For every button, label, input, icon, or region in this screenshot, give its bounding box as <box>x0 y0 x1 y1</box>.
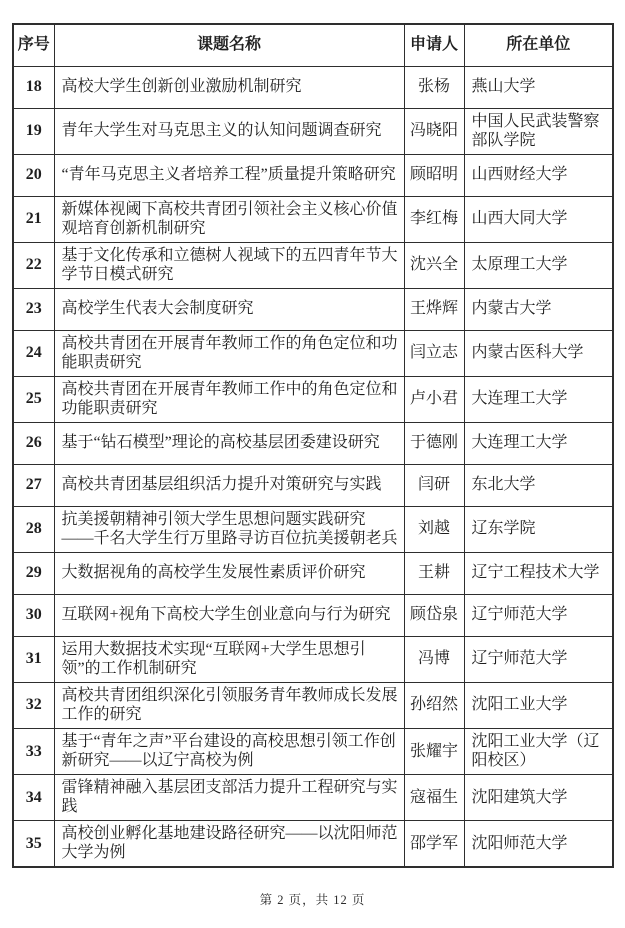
header-applicant: 申请人 <box>404 24 464 66</box>
table-row: 18 高校大学生创新创业激励机制研究 张杨 燕山大学 <box>13 66 613 108</box>
cell-unit: 沈阳师范大学 <box>464 820 613 867</box>
cell-title: 高校共青团组织深化引领服务青年教师成长发展工作的研究 <box>54 682 404 728</box>
cell-title: 抗美援朝精神引领大学生思想问题实践研究 ——千名大学生行万里路寻访百位抗美援朝老… <box>54 506 404 552</box>
cell-unit: 山西财经大学 <box>464 154 613 196</box>
cell-applicant: 刘越 <box>404 506 464 552</box>
table-row: 25 高校共青团在开展青年教师工作中的角色定位和功能职责研究 卢小君 大连理工大… <box>13 376 613 422</box>
cell-no: 29 <box>13 552 54 594</box>
cell-no: 31 <box>13 636 54 682</box>
cell-title: 互联网+视角下高校大学生创业意向与行为研究 <box>54 594 404 636</box>
cell-applicant: 于德刚 <box>404 422 464 464</box>
cell-title: 青年大学生对马克思主义的认知问题调查研究 <box>54 108 404 154</box>
table-row: 20 “青年马克思主义者培养工程”质量提升策略研究 顾昭明 山西财经大学 <box>13 154 613 196</box>
table-row: 19 青年大学生对马克思主义的认知问题调查研究 冯晓阳 中国人民武装警察部队学院 <box>13 108 613 154</box>
cell-unit: 大连理工大学 <box>464 422 613 464</box>
table-row: 27 高校共青团基层组织活力提升对策研究与实践 闫研 东北大学 <box>13 464 613 506</box>
cell-no: 34 <box>13 774 54 820</box>
cell-applicant: 卢小君 <box>404 376 464 422</box>
cell-applicant: 王耕 <box>404 552 464 594</box>
table-row: 21 新媒体视阈下高校共青团引领社会主义核心价值观培育创新机制研究 李红梅 山西… <box>13 196 613 242</box>
cell-unit: 沈阳工业大学（辽阳校区） <box>464 728 613 774</box>
table-row: 30 互联网+视角下高校大学生创业意向与行为研究 顾岱泉 辽宁师范大学 <box>13 594 613 636</box>
cell-applicant: 邵学军 <box>404 820 464 867</box>
cell-unit: 内蒙古医科大学 <box>464 330 613 376</box>
cell-applicant: 顾岱泉 <box>404 594 464 636</box>
table-row: 34 雷锋精神融入基层团支部活力提升工程研究与实践 寇福生 沈阳建筑大学 <box>13 774 613 820</box>
cell-no: 27 <box>13 464 54 506</box>
cell-applicant: 沈兴全 <box>404 242 464 288</box>
table-header: 序号 课题名称 申请人 所在单位 <box>13 24 613 66</box>
table-row: 26 基于“钻石模型”理论的高校基层团委建设研究 于德刚 大连理工大学 <box>13 422 613 464</box>
cell-unit: 辽东学院 <box>464 506 613 552</box>
header-no: 序号 <box>13 24 54 66</box>
header-unit: 所在单位 <box>464 24 613 66</box>
table-row: 33 基于“青年之声”平台建设的高校思想引领工作创新研究——以辽宁高校为例 张耀… <box>13 728 613 774</box>
cell-no: 20 <box>13 154 54 196</box>
cell-no: 35 <box>13 820 54 867</box>
cell-unit: 沈阳建筑大学 <box>464 774 613 820</box>
cell-no: 32 <box>13 682 54 728</box>
cell-applicant: 冯晓阳 <box>404 108 464 154</box>
cell-no: 21 <box>13 196 54 242</box>
cell-applicant: 寇福生 <box>404 774 464 820</box>
cell-no: 24 <box>13 330 54 376</box>
cell-title: 高校共青团基层组织活力提升对策研究与实践 <box>54 464 404 506</box>
cell-applicant: 张杨 <box>404 66 464 108</box>
cell-unit: 内蒙古大学 <box>464 288 613 330</box>
cell-unit: 大连理工大学 <box>464 376 613 422</box>
cell-no: 33 <box>13 728 54 774</box>
cell-title: 高校学生代表大会制度研究 <box>54 288 404 330</box>
cell-title: 高校创业孵化基地建设路径研究——以沈阳师范大学为例 <box>54 820 404 867</box>
table-row: 35 高校创业孵化基地建设路径研究——以沈阳师范大学为例 邵学军 沈阳师范大学 <box>13 820 613 867</box>
cell-title: 高校共青团在开展青年教师工作的角色定位和功能职责研究 <box>54 330 404 376</box>
table-row: 24 高校共青团在开展青年教师工作的角色定位和功能职责研究 闫立志 内蒙古医科大… <box>13 330 613 376</box>
cell-title: 高校共青团在开展青年教师工作中的角色定位和功能职责研究 <box>54 376 404 422</box>
cell-title: 大数据视角的高校学生发展性素质评价研究 <box>54 552 404 594</box>
cell-title: 运用大数据技术实现“互联网+大学生思想引领”的工作机制研究 <box>54 636 404 682</box>
cell-applicant: 冯博 <box>404 636 464 682</box>
cell-title: 新媒体视阈下高校共青团引领社会主义核心价值观培育创新机制研究 <box>54 196 404 242</box>
cell-applicant: 闫立志 <box>404 330 464 376</box>
topics-table: 序号 课题名称 申请人 所在单位 18 高校大学生创新创业激励机制研究 张杨 燕… <box>12 23 614 868</box>
cell-unit: 中国人民武装警察部队学院 <box>464 108 613 154</box>
cell-unit: 辽宁师范大学 <box>464 594 613 636</box>
cell-no: 18 <box>13 66 54 108</box>
cell-no: 28 <box>13 506 54 552</box>
header-row: 序号 课题名称 申请人 所在单位 <box>13 24 613 66</box>
table-row: 22 基于文化传承和立德树人视域下的五四青年节大学节日模式研究 沈兴全 太原理工… <box>13 242 613 288</box>
cell-unit: 辽宁工程技术大学 <box>464 552 613 594</box>
cell-title: 基于“钻石模型”理论的高校基层团委建设研究 <box>54 422 404 464</box>
cell-applicant: 孙绍然 <box>404 682 464 728</box>
cell-title: 高校大学生创新创业激励机制研究 <box>54 66 404 108</box>
table-row: 32 高校共青团组织深化引领服务青年教师成长发展工作的研究 孙绍然 沈阳工业大学 <box>13 682 613 728</box>
table-row: 29 大数据视角的高校学生发展性素质评价研究 王耕 辽宁工程技术大学 <box>13 552 613 594</box>
cell-no: 26 <box>13 422 54 464</box>
cell-no: 22 <box>13 242 54 288</box>
cell-title: 基于“青年之声”平台建设的高校思想引领工作创新研究——以辽宁高校为例 <box>54 728 404 774</box>
table-body: 18 高校大学生创新创业激励机制研究 张杨 燕山大学 19 青年大学生对马克思主… <box>13 66 613 867</box>
cell-no: 23 <box>13 288 54 330</box>
cell-title: 基于文化传承和立德树人视域下的五四青年节大学节日模式研究 <box>54 242 404 288</box>
cell-applicant: 张耀宇 <box>404 728 464 774</box>
header-title: 课题名称 <box>54 24 404 66</box>
table-row: 31 运用大数据技术实现“互联网+大学生思想引领”的工作机制研究 冯博 辽宁师范… <box>13 636 613 682</box>
cell-applicant: 闫研 <box>404 464 464 506</box>
cell-no: 30 <box>13 594 54 636</box>
cell-applicant: 李红梅 <box>404 196 464 242</box>
cell-title: “青年马克思主义者培养工程”质量提升策略研究 <box>54 154 404 196</box>
cell-unit: 太原理工大学 <box>464 242 613 288</box>
table-row: 23 高校学生代表大会制度研究 王烨辉 内蒙古大学 <box>13 288 613 330</box>
cell-unit: 东北大学 <box>464 464 613 506</box>
page-footer: 第 2 页，共 12 页 <box>0 890 625 908</box>
cell-unit: 辽宁师范大学 <box>464 636 613 682</box>
cell-applicant: 顾昭明 <box>404 154 464 196</box>
cell-unit: 燕山大学 <box>464 66 613 108</box>
cell-title: 雷锋精神融入基层团支部活力提升工程研究与实践 <box>54 774 404 820</box>
cell-no: 19 <box>13 108 54 154</box>
document-page: 序号 课题名称 申请人 所在单位 18 高校大学生创新创业激励机制研究 张杨 燕… <box>0 0 625 928</box>
cell-unit: 沈阳工业大学 <box>464 682 613 728</box>
cell-applicant: 王烨辉 <box>404 288 464 330</box>
cell-no: 25 <box>13 376 54 422</box>
cell-unit: 山西大同大学 <box>464 196 613 242</box>
table-row: 28 抗美援朝精神引领大学生思想问题实践研究 ——千名大学生行万里路寻访百位抗美… <box>13 506 613 552</box>
